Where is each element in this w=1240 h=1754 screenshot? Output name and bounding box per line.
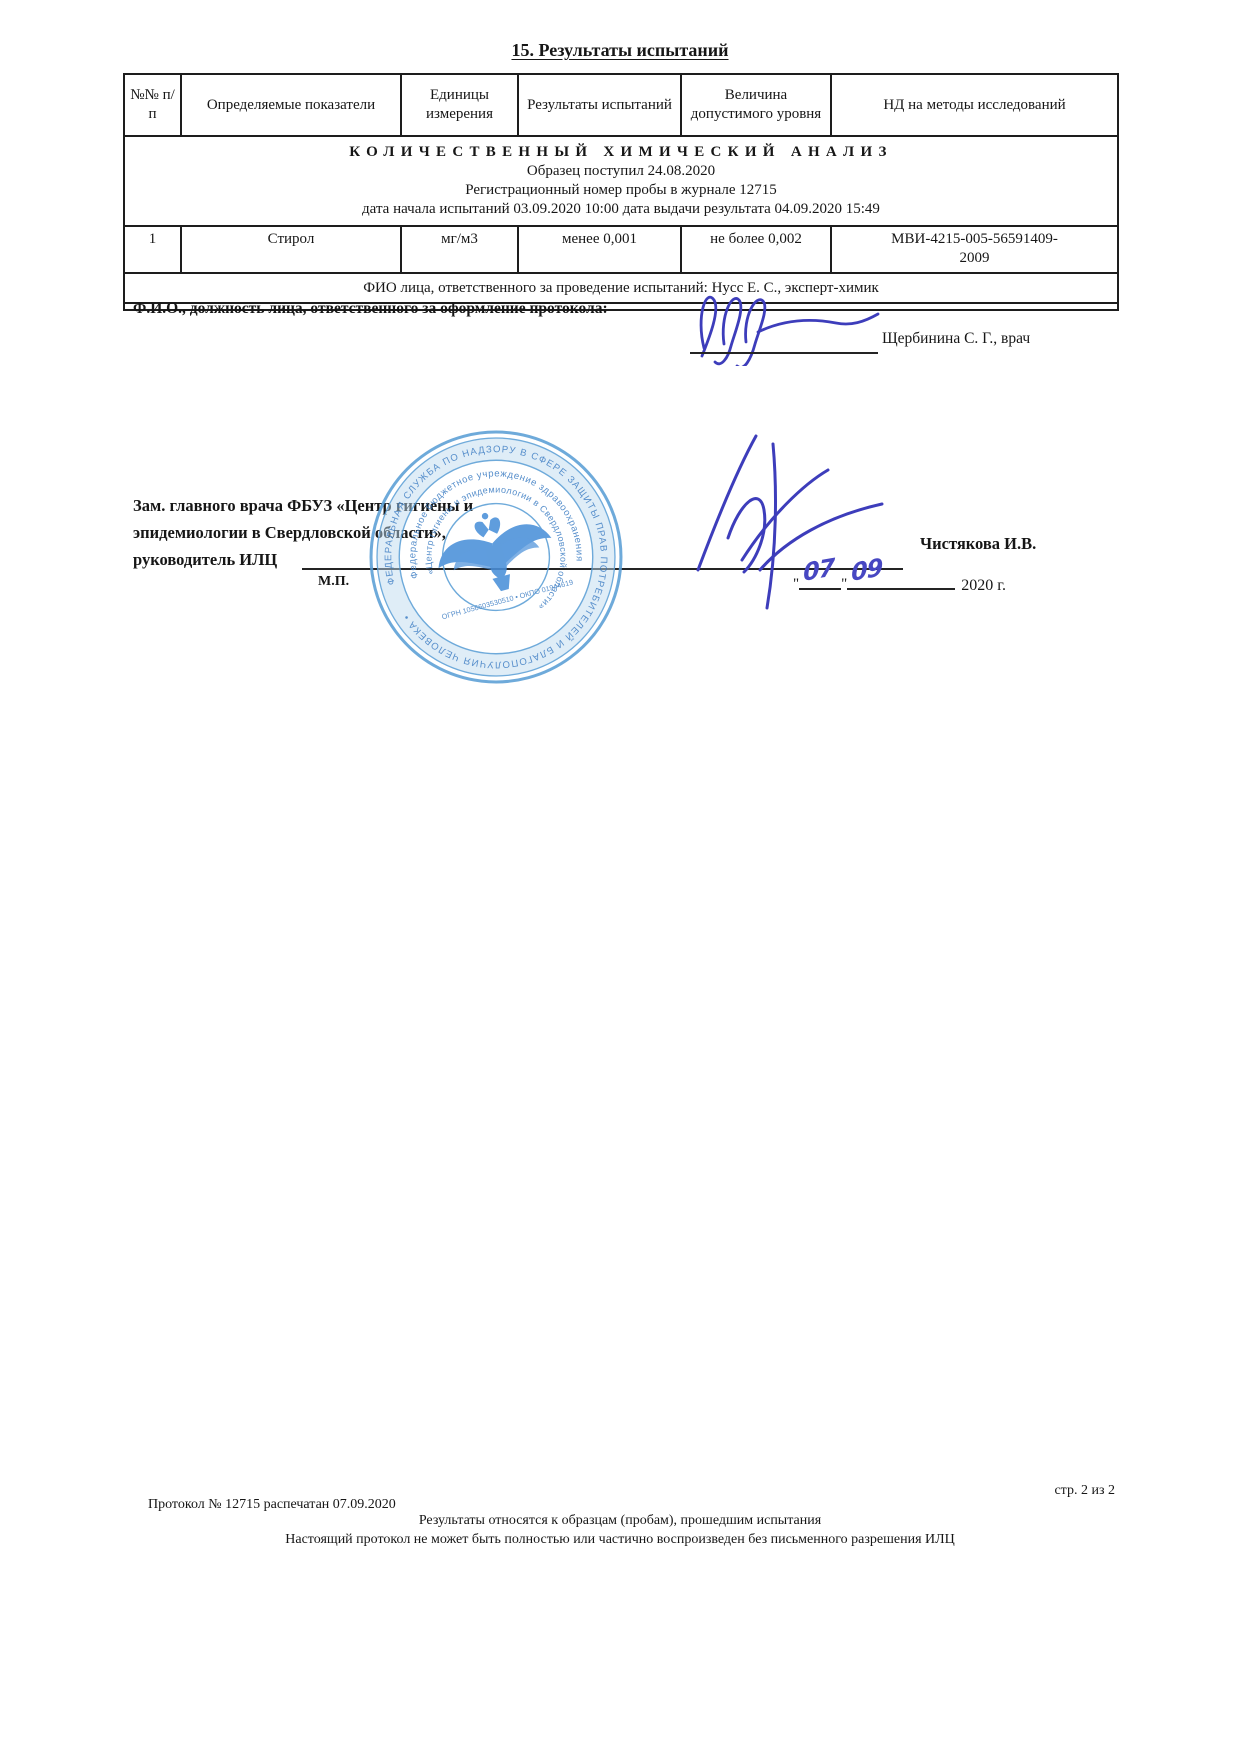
date-year: 2020 г. [961,577,1006,594]
cell-num: 1 [124,226,181,273]
footer-note-results: Результаты относятся к образцам (пробам)… [0,1513,1240,1529]
section-title: КОЛИЧЕСТВЕННЫЙ ХИМИЧЕСКИЙ АНАЛИЗ [129,143,1113,162]
registration-number-line: Регистрационный номер пробы в журнале 12… [129,181,1113,200]
results-table: №№ п/п Определяемые показатели Единицы и… [123,73,1119,311]
footer-protocol-info: Протокол № 12715 распечатан 07.09.2020 [148,1497,396,1513]
cell-allowed: не более 0,002 [681,226,831,273]
cell-indicator: Стирол [181,226,401,273]
results-table-wrapper: №№ п/п Определяемые показатели Единицы и… [123,73,1117,311]
protocol-officer-label: Ф.И.О., должность лица, ответственного з… [133,300,608,318]
table-header-row: №№ п/п Определяемые показатели Единицы и… [124,74,1118,136]
signature-chistyakova [676,418,916,618]
cell-result: менее 0,001 [518,226,681,273]
sample-received-line: Образец поступил 24.08.2020 [129,162,1113,181]
cell-units: мг/м3 [401,226,518,273]
responsible-person-row: ФИО лица, ответственного за проведение и… [124,273,1118,303]
director-name: Чистякова И.В. [920,534,1036,554]
responsible-person-text: ФИО лица, ответственного за проведение и… [124,273,1118,303]
page-title: 15. Результаты испытаний [0,40,1240,61]
test-dates-line: дата начала испытаний 03.09.2020 10:00 д… [129,200,1113,219]
signature-line-protocol [690,338,878,354]
scanned-protocol-page: { "document": { "title": "15. Результаты… [0,0,1240,1754]
col-header-units: Единицы измерения [401,74,518,136]
method-text: МВИ-4215-005-56591409-2009 [884,230,1066,268]
col-header-method: НД на методы исследований [831,74,1118,136]
col-header-num: №№ п/п [124,74,181,136]
table-row: 1 Стирол мг/м3 менее 0,001 не более 0,00… [124,226,1118,273]
round-stamp: ФЕДЕРАЛЬНАЯ СЛУЖБА ПО НАДЗОРУ В СФЕРЕ ЗА… [365,426,627,688]
protocol-officer-name: Щербинина С. Г., врач [882,330,1030,348]
stamp-place-mark: М.П. [318,574,349,590]
footer-note-reproduction: Настоящий протокол не может быть полност… [0,1532,1240,1548]
col-header-result: Результаты испытаний [518,74,681,136]
col-header-allowed: Величина допустимого уровня [681,74,831,136]
col-header-indicator: Определяемые показатели [181,74,401,136]
section-row: КОЛИЧЕСТВЕННЫЙ ХИМИЧЕСКИЙ АНАЛИЗ Образец… [124,136,1118,226]
cell-method: МВИ-4215-005-56591409-2009 [831,226,1118,273]
